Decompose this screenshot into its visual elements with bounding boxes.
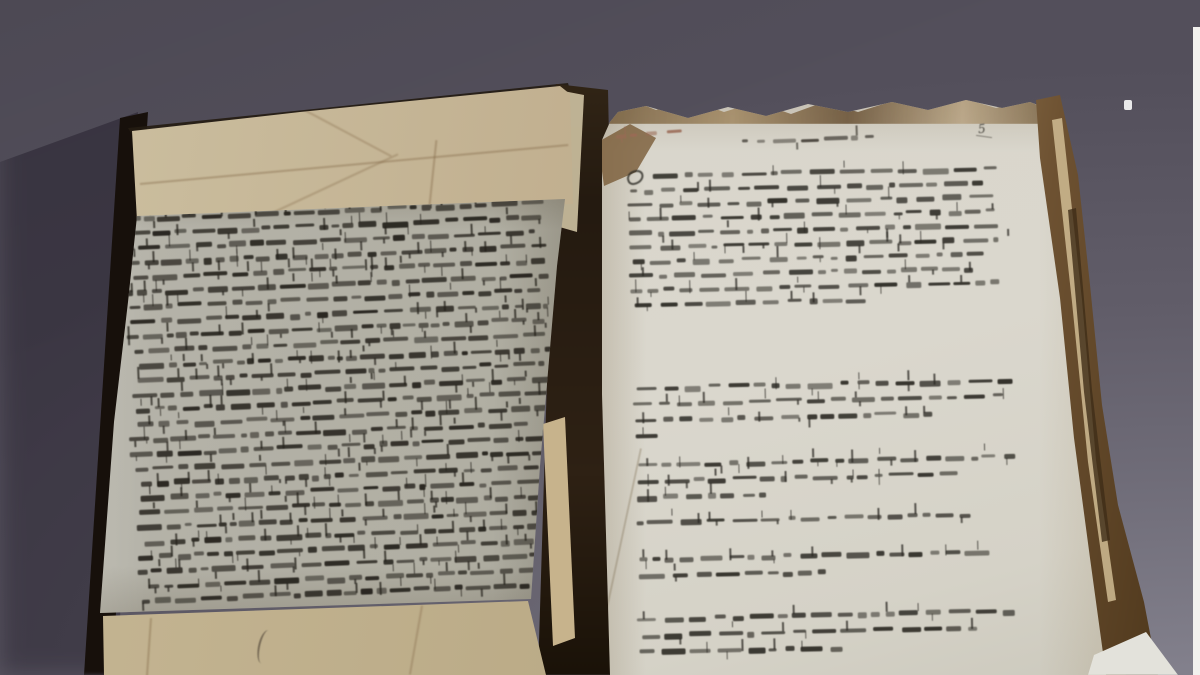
photo-open-manuscript: 5: [0, 0, 1200, 675]
left-page-text-area: [95, 196, 580, 616]
right-page-handwriting: [625, 160, 1036, 649]
flap-seam: [140, 144, 568, 185]
left-page-handwriting: [117, 193, 586, 624]
flap-fold: [429, 140, 438, 205]
initial-capital-flourish: [625, 168, 645, 186]
flap-fold: [146, 618, 152, 675]
photo-right-border: [1193, 27, 1200, 675]
page-number: 5: [977, 122, 986, 137]
flap-fold: [409, 605, 423, 674]
tattered-edge-speck: [1124, 100, 1132, 110]
